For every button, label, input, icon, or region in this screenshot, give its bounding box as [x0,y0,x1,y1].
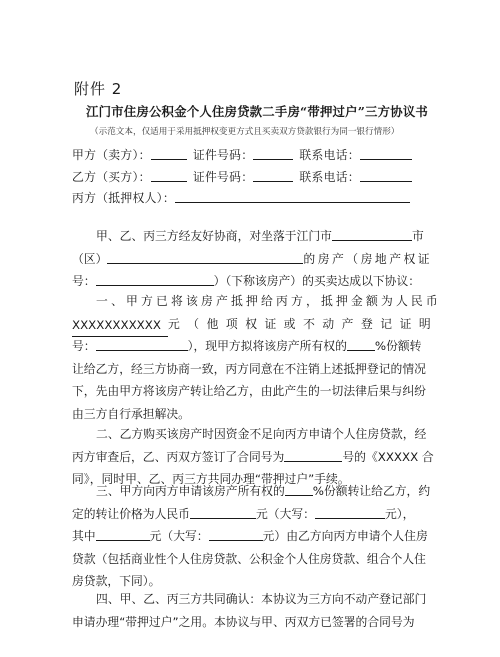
clause-3: 三、甲方向丙方申请该房产所有权的%份额转让给乙方，约 定的转让价格为人民币元（大… [72,480,416,593]
document-subtitle: （示范文本，仅适用于采用抵押权变更方式且买卖双方贷款银行为同一银行情形） [90,125,399,137]
party-a-label: 甲方（卖方）： [72,148,151,162]
party-c-label: 丙方（抵押权人）： [72,191,175,205]
party-a-name-field[interactable] [151,147,187,160]
property-location-field[interactable] [107,251,303,264]
clause-text: 其中 [72,529,96,543]
clause-text: 元（他项权证或不动产登记证明 [168,317,438,331]
document-title: 江门市住房公积金个人住房贷款二手房“带押过户”三方协议书 [86,102,416,120]
clause-text: %份额转 [375,339,422,353]
clause-text: 元）由乙方向丙方申请个人住房 [263,529,428,543]
loan-amount-capital-field[interactable] [209,528,263,541]
clause-text: 三、甲方向丙方申请该房产所有权的 [96,484,285,498]
party-a-row: 甲方（卖方）： 证件号码： 联系电话： [72,146,412,163]
party-a-id-label: 证件号码： [193,148,254,162]
party-c-name-field[interactable] [175,190,410,203]
clause-text: %份额转让给乙方，约 [313,484,430,498]
party-a-phone-label: 联系电话： [299,148,360,162]
intro-text: 的房产（房地产权证 [303,252,432,266]
property-cert-field[interactable] [96,273,214,286]
clause-text: 一、甲方已将该房产抵押给丙方，抵押金额为人民币 [96,294,441,308]
clause-text: 元（大写： [150,529,209,543]
clause-text: 让给乙方，经三方协商一致，丙方同意在不注销上述抵押登记的情况 [72,362,426,376]
clause-text: 号： [72,339,96,353]
clause-text: 申请办理“带押过户”之用。本协议与甲、丙双方已签署的合同号为 [72,615,415,629]
attachment-label: 附件 2 [74,78,122,99]
intro-text: ）（下称该房产）的买卖达成以下协议： [214,274,420,288]
party-b-label: 乙方（买方）： [72,170,151,184]
transfer-price-field[interactable] [190,506,256,519]
transfer-share-field[interactable] [285,483,313,496]
intro-text: 号： [72,274,96,288]
clause-text: 由三方自行承担解决。 [72,407,190,421]
party-b-phone-field[interactable] [360,169,412,182]
intro-text: （区） [72,252,107,266]
clause-text: 元（大写： [256,507,315,521]
party-c-row: 丙方（抵押权人）： [72,189,410,206]
clause-text: 二、乙方购买该房产时因资金不足向丙方申请个人住房贷款，经 [96,427,426,441]
party-b-id-field[interactable] [253,169,293,182]
party-a-id-field[interactable] [253,147,293,160]
contract-number-field[interactable] [284,449,342,462]
city-field[interactable] [332,228,412,241]
loan-amount-field[interactable] [96,528,150,541]
mortgage-cert-field[interactable] [96,338,188,351]
party-b-phone-label: 联系电话： [299,170,360,184]
party-b-row: 乙方（买方）： 证件号码： 联系电话： [72,168,412,185]
intro-text: 市 [412,229,424,243]
party-a-phone-field[interactable] [360,147,412,160]
transfer-price-capital-field[interactable] [315,506,385,519]
intro-paragraph: 甲、乙、丙三方经友好协商，对坐落于江门市市 （区）的房产（房地产权证 号：）（下… [72,225,416,293]
clause-text: 丙方审查后，乙、丙双方签订了合同号为 [72,450,284,464]
clause-4: 四、甲、乙、丙三方共同确认：本协议为三方向不动产登记部门 申请办理“带押过户”之… [72,588,416,633]
share-percent-field[interactable] [347,338,375,351]
clause-text: 元）， [385,507,415,521]
clause-text: 房贷款，下同）。 [72,574,160,588]
mortgage-amount-field[interactable]: XXXXXXXXXXX [72,314,168,338]
clause-text: 下，先由甲方将该房产转让给乙方，由此产生的一切法律后果与纠纷 [72,384,426,398]
intro-text: 甲、乙、丙三方经友好协商，对坐落于江门市 [96,229,332,243]
party-b-id-label: 证件号码： [193,170,254,184]
clause-text: ），现甲方拟将该房产所有权的 [188,339,347,353]
clause-text: 四、甲、乙、丙三方共同确认：本协议为三方向不动产登记部门 [96,592,426,606]
party-b-name-field[interactable] [151,169,187,182]
clause-1: 一、甲方已将该房产抵押给丙方，抵押金额为人民币 XXXXXXXXXXX元（他项权… [72,290,416,425]
clause-text: 定的转让价格为人民币 [72,507,190,521]
clause-text: 贷款（包括商业性个人住房贷款、公积金个人住房贷款、组合个人住 [72,552,426,566]
clause-text: 号的《XXXXX 合 [342,450,433,464]
